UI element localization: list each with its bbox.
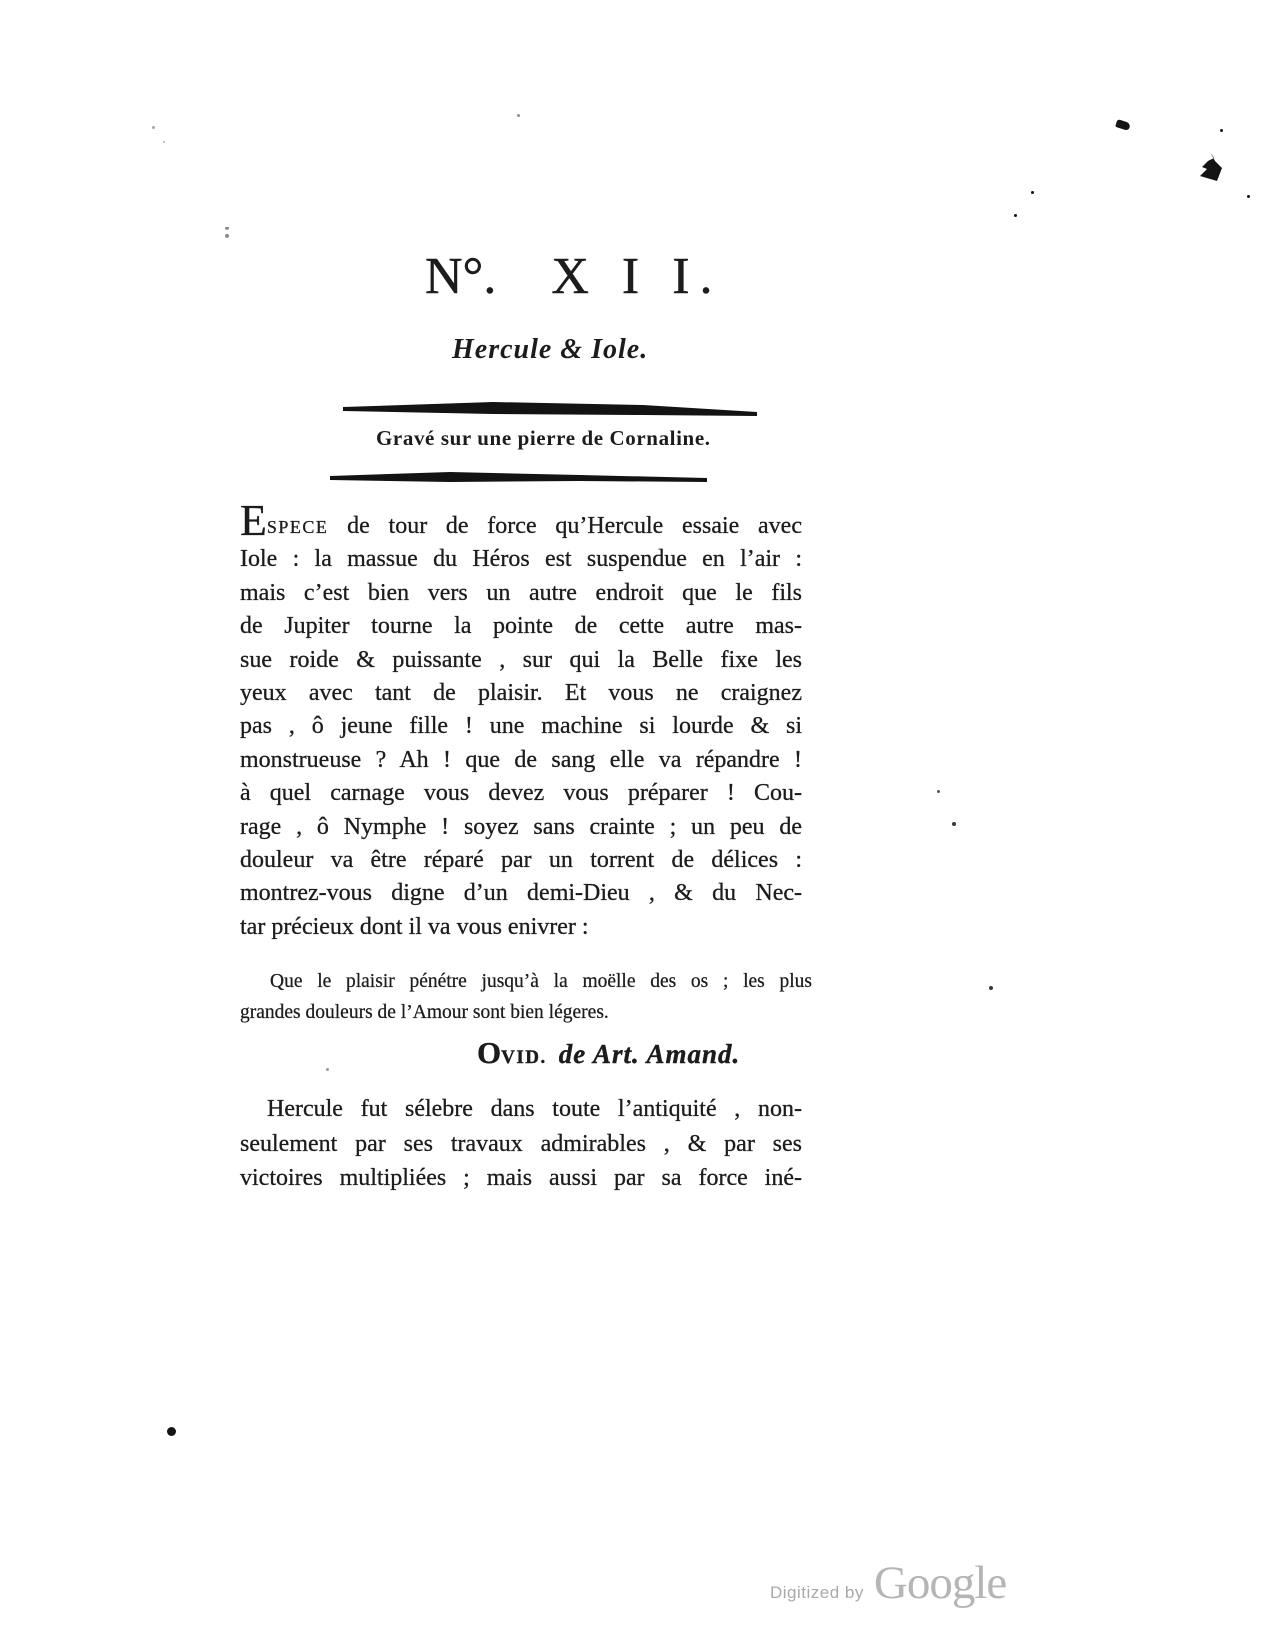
text-line: tar précieux dont il va vous enivrer : <box>240 911 802 944</box>
ink-speck <box>167 1427 176 1436</box>
ink-speck <box>225 227 235 240</box>
quote-attribution: OVID. de Art. Amand. <box>240 1036 1039 1070</box>
quote-line: grandes douleurs de l’Amour sont bien lé… <box>240 997 812 1028</box>
text-line: mais c’est bien vers un autre endroit qu… <box>240 577 802 610</box>
ink-speck <box>152 126 155 129</box>
heading-roman-numeral: X I I. <box>551 248 722 305</box>
body-paragraph-2: Hercule fut sélebre dans toute l’antiqui… <box>240 1092 802 1196</box>
swelled-rule-top <box>343 400 757 420</box>
text-line: seulement par ses travaux admirables , &… <box>240 1127 802 1162</box>
google-logo: Google <box>874 1556 1006 1610</box>
text-line: yeux avec tant de plaisir. Et vous ne cr… <box>240 677 802 710</box>
verse-quote: Que le plaisir pénétre jusqu’à la moëlle… <box>240 966 812 1028</box>
ink-speck <box>326 1068 329 1071</box>
engraving-caption: Gravé sur une pierre de Cornaline. <box>240 426 938 451</box>
ink-speck <box>1031 191 1034 194</box>
text-line: sue roide & puissante , sur qui la Belle… <box>240 644 802 677</box>
attribution-initial: O <box>477 1035 501 1070</box>
text-line: Hercule fut sélebre dans toute l’antiqui… <box>240 1092 802 1127</box>
ink-splat <box>1198 152 1224 184</box>
ink-speck <box>1014 214 1017 217</box>
ink-speck <box>989 986 993 990</box>
quote-line: Que le plaisir pénétre jusqu’à la moëlle… <box>240 966 812 997</box>
chapter-subtitle: Hercule & Iole. <box>240 334 1014 366</box>
ink-speck <box>1247 195 1250 198</box>
swelled-rule-bottom <box>330 470 707 486</box>
ink-speck <box>1220 129 1223 132</box>
drop-cap: E <box>240 496 267 545</box>
attribution-author: VID. <box>501 1047 547 1068</box>
page-heading: N°. X I I. <box>240 250 802 304</box>
ink-speck <box>163 141 165 143</box>
text-line: à quel carnage vous devez vous préparer … <box>240 777 802 810</box>
ink-speck <box>1115 119 1131 131</box>
digitized-by-label: Digitized by <box>770 1583 864 1603</box>
text-line: rage , ô Nymphe ! soyez sans crainte ; u… <box>240 811 802 844</box>
text-line: douleur va être réparé par un torrent de… <box>240 844 802 877</box>
text-line: montrez-vous digne d’un demi-Dieu , & du… <box>240 877 802 910</box>
text-line: victoires multipliées ; mais aussi par s… <box>240 1161 802 1196</box>
ink-speck <box>952 822 956 826</box>
text-line: Iole : la massue du Héros est suspendue … <box>240 543 802 576</box>
body-paragraph-1: ESPECE de tour de force qu’Hercule essai… <box>240 510 802 944</box>
attribution-work-title: de Art. Amand. <box>559 1039 741 1069</box>
text-line: ESPECE de tour de force qu’Hercule essai… <box>240 510 802 543</box>
ink-speck <box>517 114 520 117</box>
heading-number-label: N°. <box>425 248 496 305</box>
text-line: de Jupiter tourne la pointe de cette aut… <box>240 610 802 643</box>
text-line: pas , ô jeune fille ! une machine si lou… <box>240 710 802 743</box>
google-watermark: Digitized by Google <box>770 1556 1006 1610</box>
text-line-rest: de tour de force qu’Hercule essaie avec <box>328 513 802 539</box>
scanned-book-page: N°. X I I. Hercule & Iole. Gravé sur une… <box>0 0 1280 1643</box>
text-line: monstrueuse ? Ah ! que de sang elle va r… <box>240 744 802 777</box>
ink-speck <box>937 790 940 793</box>
small-caps: SPECE <box>267 517 329 537</box>
